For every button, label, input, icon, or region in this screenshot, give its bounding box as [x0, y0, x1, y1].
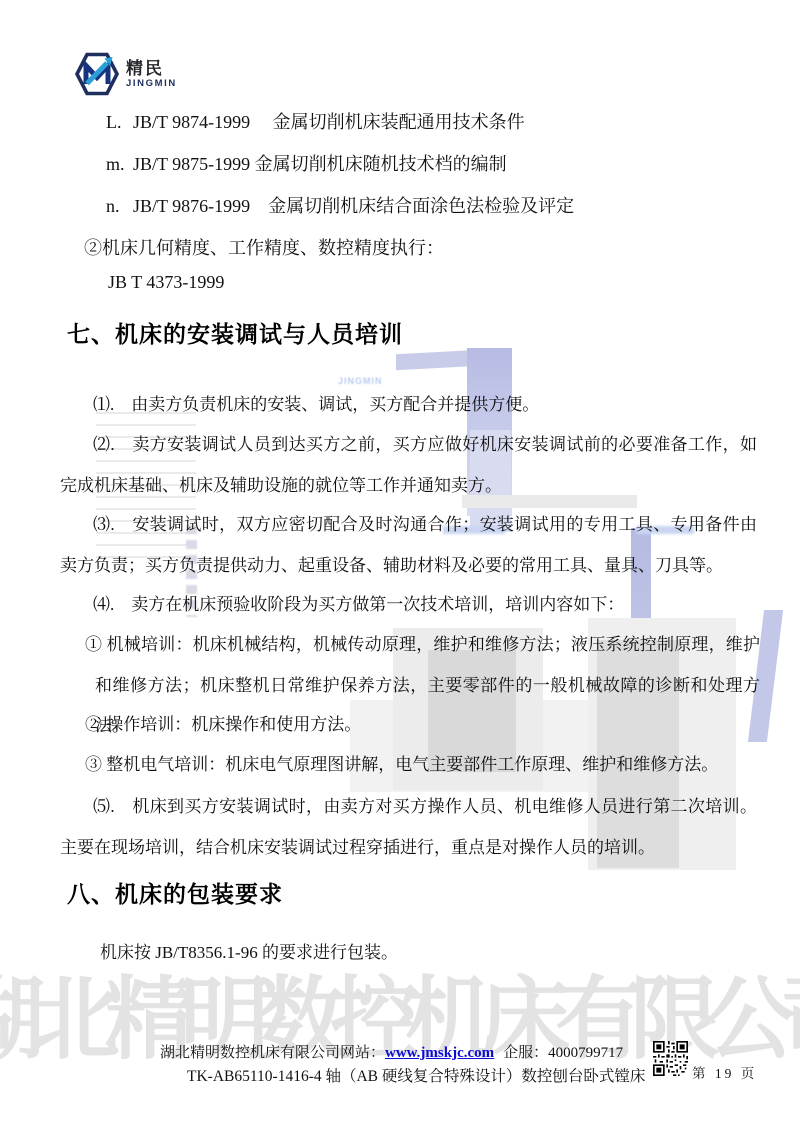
footer-product-line: TK-AB65110-1416-4 轴（AB 硬线复合特殊设计）数控刨台卧式镗床 — [187, 1064, 645, 1086]
section7-paragraph-3: ⑶. 安装调试时，双方应密切配合及时沟通合作；安装调试用的专用工具、专用备件由卖… — [60, 505, 757, 586]
training-item-electrical: ③ 整机电气培训：机床电气原理图讲解，电气主要部件工作原理、维护和维修方法。 — [60, 745, 760, 786]
section7-paragraph-2: ⑵. 卖方安装调试人员到达买方之前，买方应做好机床安装调试前的必要准备工作，如完… — [60, 425, 757, 506]
section7-paragraph-5: ⑸. 机床到买方安装调试时，由卖方对买方操作人员、机电维修人员进行第二次培训。主… — [60, 787, 757, 868]
standard-item-text: JB/T 9876-1999 金属切削机床结合面涂色法检验及评定 — [133, 196, 574, 216]
qr-code — [653, 1041, 688, 1076]
logo-latin-name: JINGMIN — [126, 79, 177, 89]
standard-item-n: n.JB/T 9876-1999 金属切削机床结合面涂色法检验及评定 — [106, 196, 574, 216]
footer-company-line: 湖北精明数控机床有限公司网站：www.jmskjc.com企服：40007997… — [160, 1041, 623, 1062]
standard-item-label: n. — [106, 196, 133, 216]
company-logo: 精民 JINGMIN — [74, 52, 177, 96]
watermark-gantry-beam — [396, 350, 480, 370]
precision-standard-code: JB T 4373-1999 — [108, 272, 224, 293]
standard-item-text: JB/T 9874-1999 金属切削机床装配通用技术条件 — [133, 112, 525, 132]
footer-website-label: 湖北精明数控机床有限公司网站： — [160, 1045, 385, 1061]
hexagon-logo-icon — [74, 52, 120, 96]
standard-item-l: L.JB/T 9874-1999 金属切削机床装配通用技术条件 — [106, 112, 525, 132]
logo-chinese-name: 精民 — [126, 60, 177, 77]
standard-item-text: JB/T 9875-1999 金属切削机床随机技术档的编制 — [133, 154, 507, 174]
standard-item-label: m. — [106, 154, 133, 174]
standard-item-label: L. — [106, 112, 133, 132]
footer-website-link[interactable]: www.jmskjc.com — [385, 1045, 494, 1061]
footer-service-phone: 企服：4000799717 — [503, 1045, 623, 1061]
section8-title: 八、机床的包装要求 — [67, 876, 283, 909]
logo-text-block: 精民 JINGMIN — [126, 60, 177, 89]
training-item-operation: ② 操作培训：机床操作和使用方法。 — [60, 705, 760, 746]
standard-item-m: m.JB/T 9875-1999 金属切削机床随机技术档的编制 — [106, 154, 507, 174]
section7-title: 七、机床的安装调试与人员培训 — [67, 316, 403, 349]
page-number: 第 19 页 — [692, 1062, 757, 1082]
section7-paragraph-1: ⑴. 由卖方负责机床的安装、调试，买方配合并提供方便。 — [60, 385, 757, 426]
section7-paragraph-4: ⑷. 卖方在机床预验收阶段为买方做第一次技术培训，培训内容如下： — [60, 585, 757, 626]
precision-note: ②机床几何精度、工作精度、数控精度执行： — [84, 234, 444, 260]
document-page: JINGMIN 湖北精明数控机床有限公司 精民 JINGMIN L.JB/T 9… — [0, 0, 800, 1131]
section8-paragraph-1: 机床按 JB/T8356.1-96 的要求进行包装。 — [100, 938, 398, 963]
